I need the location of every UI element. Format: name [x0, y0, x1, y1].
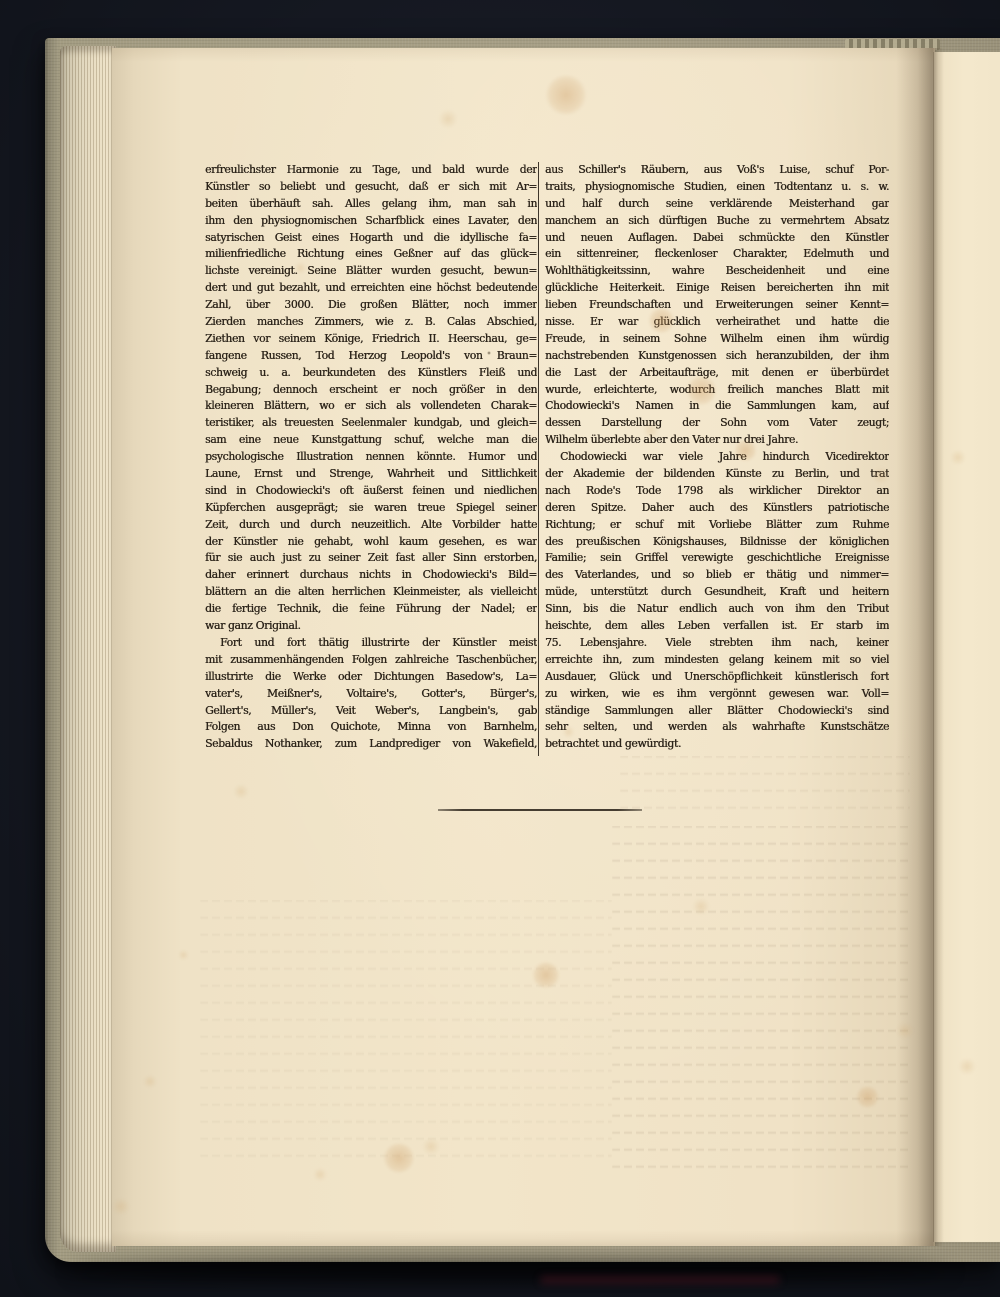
text-line: blättern an die alten herrlichen Kleinme…	[205, 584, 537, 601]
text-line: illustrirte die Werke oder Dichtungen Ba…	[205, 669, 537, 686]
text-line: der Künstler nie gehabt, wohl kaum geseh…	[205, 534, 537, 551]
text-line: war ganz Original.	[205, 618, 537, 635]
cover-edge-glint	[540, 1276, 780, 1284]
text-line: satyrischen Geist eines Hogarth und die …	[205, 230, 537, 247]
text-column-right: aus Schiller's Räubern, aus Voß's Luise,…	[545, 162, 889, 753]
foxing-spot	[648, 308, 675, 333]
text-line: des Vaterlandes, und so blieb er thätig …	[545, 567, 889, 584]
text-line: Familie; sein Griffel verewigte geschich…	[545, 550, 889, 567]
text-line: mit zusammenhängenden Folgen zahlreiche …	[205, 652, 537, 669]
text-line: Gellert's, Müller's, Veit Weber's, Langb…	[205, 703, 537, 720]
text-line: sind in Chodowiecki's oft äußerst feinen…	[205, 483, 537, 500]
text-line: 75. Lebensjahre. Viele strebten ihm nach…	[545, 635, 889, 652]
column-divider-rule	[538, 162, 539, 756]
text-line: psychologische Illustration nennen könnt…	[205, 449, 537, 466]
text-line: erfreulichster Harmonie zu Tage, und bal…	[205, 162, 537, 179]
foxing-spot	[562, 726, 575, 738]
foxing-spot	[233, 784, 249, 799]
text-line: nachstrebenden Kunstgenossen sich heranz…	[545, 348, 889, 365]
text-line: lieben Freundschaften und Erweiterungen …	[545, 297, 889, 314]
text-line: sam eine neue Kunstgattung schuf, welche…	[205, 432, 537, 449]
foxing-spot	[383, 1143, 415, 1173]
foxing-spot	[178, 950, 189, 960]
text-line: milienfriedliche Richtung eines Geßner a…	[205, 246, 537, 263]
text-line: vater's, Meißner's, Voltaire's, Gotter's…	[205, 686, 537, 703]
text-line: manchem an sich dürftigen Buche zu verme…	[545, 213, 889, 230]
text-line: Ziethen vor seinem Könige, Friedrich II.…	[205, 331, 537, 348]
text-line: Zeit, durch und durch neuzeitlich. Alte …	[205, 517, 537, 534]
text-line: nach Rode's Tode 1798 als wirklicher Dir…	[545, 483, 889, 500]
foxing-spot	[686, 376, 717, 405]
foxing-spot	[294, 262, 307, 274]
foxing-spot	[402, 200, 414, 211]
text-line: Ausdauer, Glück und Unerschöpflichkeit k…	[545, 669, 889, 686]
text-line: Zierden manches Zimmers, wie z. B. Calas…	[205, 314, 537, 331]
text-line: Chodowiecki's Namen in die Sammlungen ka…	[545, 398, 889, 415]
foxing-spot	[438, 110, 458, 128]
text-line: dessen Darstellung der Sohn vom Vater ze…	[545, 415, 889, 432]
text-line: die fertige Technik, die feine Führung d…	[205, 601, 537, 618]
text-line: Begabung; dennoch erscheint er noch größ…	[205, 382, 537, 399]
page-edge-stack	[60, 46, 116, 1252]
text-line: und neuen Auflagen. Dabei schmückte den …	[545, 230, 889, 247]
text-line: teristiker, als treuesten Seelenmaler ku…	[205, 415, 537, 432]
text-line: müde, unterstützt durch Gesundheit, Kraf…	[545, 584, 889, 601]
text-line: Künstler so beliebt und gesucht, daß er …	[205, 179, 537, 196]
section-divider-rule	[438, 809, 642, 811]
foxing-spot	[143, 1075, 157, 1088]
foxing-spot	[422, 1138, 440, 1155]
foxing-spot	[958, 1058, 976, 1075]
foxing-spot	[950, 450, 966, 465]
text-line: Folgen aus Don Quichote, Minna von Barnh…	[205, 719, 537, 736]
text-line: Wohlthätigkeitssinn, wahre Bescheidenhei…	[545, 263, 889, 280]
text-line: und half durch seine verklärende Meister…	[545, 196, 889, 213]
foxing-spot	[112, 1198, 130, 1215]
text-line: die Last der Arbeitaufträge, mit denen e…	[545, 365, 889, 382]
foxing-spot	[734, 440, 757, 461]
text-line: erreichte ihn, zum mindesten gelang kein…	[545, 652, 889, 669]
text-line: Laune, Ernst und Strenge, Wahrheit und S…	[205, 466, 537, 483]
text-line: schweig u. a. beurkundeten des Künstlers…	[205, 365, 537, 382]
foxing-spot	[313, 1168, 327, 1181]
text-line: beiten überhäuft sah. Alles gelang ihm, …	[205, 196, 537, 213]
text-line: Sinn, bis die Natur endlich auch von ihm…	[545, 601, 889, 618]
ink-speck	[487, 351, 491, 355]
foxing-spot	[532, 962, 560, 988]
text-line: lichste vereinigt. Seine Blätter wurden …	[205, 263, 537, 280]
text-line: aus Schiller's Räubern, aus Voß's Luise,…	[545, 162, 889, 179]
text-line: betrachtet und gewürdigt.	[545, 736, 889, 753]
text-line: Freude, in seinem Sohne Wilhelm einen ih…	[545, 331, 889, 348]
text-line: dert und gut bezahlt, und erreichten ein…	[205, 280, 537, 297]
text-line: glückliche Heiterkeit. Einige Reisen ber…	[545, 280, 889, 297]
text-line: Zahl, über 3000. Die großen Blätter, noc…	[205, 297, 537, 314]
text-line: Richtung; er schuf mit Vorliebe Blätter …	[545, 517, 889, 534]
foxing-spot	[642, 422, 660, 439]
text-column-left: erfreulichster Harmonie zu Tage, und bal…	[205, 162, 537, 753]
text-line: Fort und fort thätig illustrirte der Kün…	[205, 635, 537, 652]
book-shadow	[70, 1260, 950, 1282]
foxing-spot	[856, 1086, 879, 1108]
text-line: wurde, erleichterte, wodurch freilich ma…	[545, 382, 889, 399]
text-line: traits, physiognomische Studien, einen T…	[545, 179, 889, 196]
text-line: nisse. Er war glücklich verheirathet und…	[545, 314, 889, 331]
text-line: ein sittenreiner, fleckenloser Charakter…	[545, 246, 889, 263]
text-line: Sebaldus Nothanker, zum Landprediger von…	[205, 736, 537, 753]
text-line: daher erinnert durchaus nichts in Chodow…	[205, 567, 537, 584]
text-line: des preußischen Königshauses, Bildnisse …	[545, 534, 889, 551]
foxing-spot	[896, 1022, 914, 1039]
text-line: deren Spitze. Daher auch des Künstlers p…	[545, 500, 889, 517]
text-line: heischte, dem alles Leben verfallen ist.…	[545, 618, 889, 635]
text-line: kleineren Blättern, wo er sich als volle…	[205, 398, 537, 415]
foxing-spot	[872, 467, 890, 484]
text-line: für sie auch just zu seiner Zeit fast al…	[205, 550, 537, 567]
text-line: sehr selten, und werden als wahrhafte Ku…	[545, 719, 889, 736]
text-line: zu wirken, wie es ihm vergönnt gewesen w…	[545, 686, 889, 703]
scanned-book: erfreulichster Harmonie zu Tage, und bal…	[0, 0, 1000, 1297]
text-line: der Akademie der bildenden Künste zu Ber…	[545, 466, 889, 483]
text-line: ihm den physiognomischen Scharfblick ein…	[205, 213, 537, 230]
foxing-spot	[692, 898, 710, 915]
text-line: Wilhelm überlebte aber den Vater nur dre…	[545, 432, 889, 449]
text-line: Küpferchen ausgeprägt; sie waren treue S…	[205, 500, 537, 517]
text-line: ständige Sammlungen aller Blätter Chodow…	[545, 703, 889, 720]
text-line: Chodowiecki war viele Jahre hindurch Vic…	[545, 449, 889, 466]
foxing-spot	[545, 75, 587, 115]
